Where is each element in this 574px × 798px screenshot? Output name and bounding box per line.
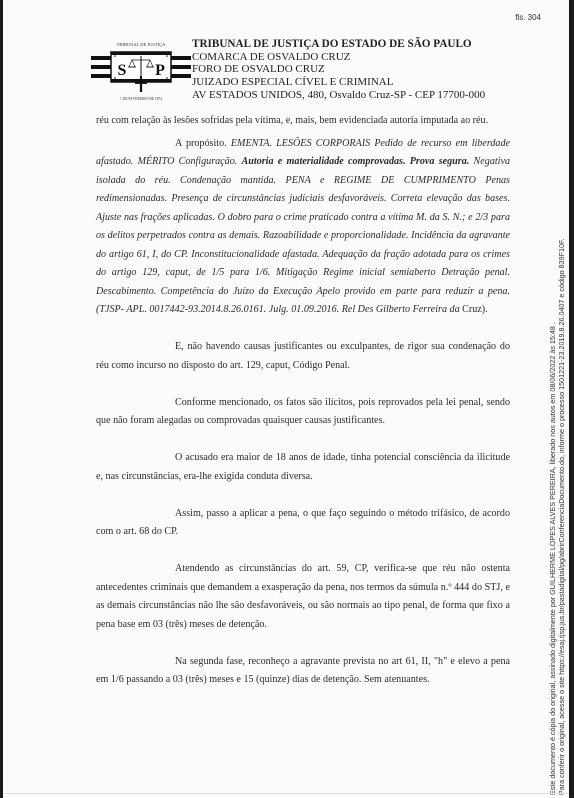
ementa-end: Cruz). <box>462 304 488 315</box>
page-number: fls. 304 <box>515 13 541 22</box>
foro: FORO DE OSVALDO CRUZ <box>192 63 485 76</box>
right-edge-bar <box>569 0 574 798</box>
juizado: JUIZADO ESPECIAL CÍVEL E CRIMINAL <box>192 76 485 89</box>
paragraph-segunda-fase: Na segunda fase, reconheço a agravante p… <box>96 653 510 690</box>
paragraph-pena-base: Atendendo as circunstâncias do art. 59, … <box>96 560 510 634</box>
ementa-bold: Autoria e materialidade comprovadas. Pro… <box>242 156 470 167</box>
comarca: COMARCA DE OSVALDO CRUZ <box>192 51 485 64</box>
digital-signature-stamp: Este documento é cópia do original, assi… <box>549 5 566 795</box>
court-info: TRIBUNAL DE JUSTIÇA DO ESTADO DE SÃO PAU… <box>192 38 485 102</box>
page-bottom-edge <box>3 793 569 794</box>
tjsp-logo-icon: TRIBUNAL DE JUSTIÇA S P <box>91 36 191 106</box>
svg-text:S: S <box>118 62 127 79</box>
ementa-text-b: Negativa isolada do réu. Condenação mant… <box>96 156 510 315</box>
paragraph-ilicitude: Conforme mencionado, os fatos são ilícit… <box>96 394 510 431</box>
court-name: TRIBUNAL DE JUSTIÇA DO ESTADO DE SÃO PAU… <box>192 38 485 51</box>
paragraph-condenacao: E, não havendo causas justificantes ou e… <box>96 338 510 375</box>
paragraph-metodo-trifasico: Assim, passo a aplicar a pena, o que faç… <box>96 505 510 542</box>
paragraph-culpabilidade: O acusado era maior de 18 anos de idade,… <box>96 449 510 486</box>
paragraph-ementa: A propósito. EMENTA. LESÕES CORPORAIS Pe… <box>96 135 510 320</box>
document-body: réu com relação às lesões sofridas pela … <box>96 112 510 690</box>
court-address: AV ESTADOS UNIDOS, 480, Osvaldo Cruz-SP … <box>192 89 485 102</box>
document-page: fls. 304 TRIBUNAL DE JUSTIÇA S P <box>3 0 569 798</box>
svg-text:P: P <box>155 62 165 79</box>
logo-top-text: TRIBUNAL DE JUSTIÇA <box>117 42 167 47</box>
ementa-lead: A propósito. <box>175 138 231 149</box>
document-header: TRIBUNAL DE JUSTIÇA S P <box>91 36 531 106</box>
logo-bottom-text: 1 DE FEVEREIRO DE 1874 <box>120 97 162 101</box>
paragraph-autoria: réu com relação às lesões sofridas pela … <box>96 112 510 131</box>
stamp-line-verification: Para conferir o original, acesse o site … <box>558 5 567 795</box>
